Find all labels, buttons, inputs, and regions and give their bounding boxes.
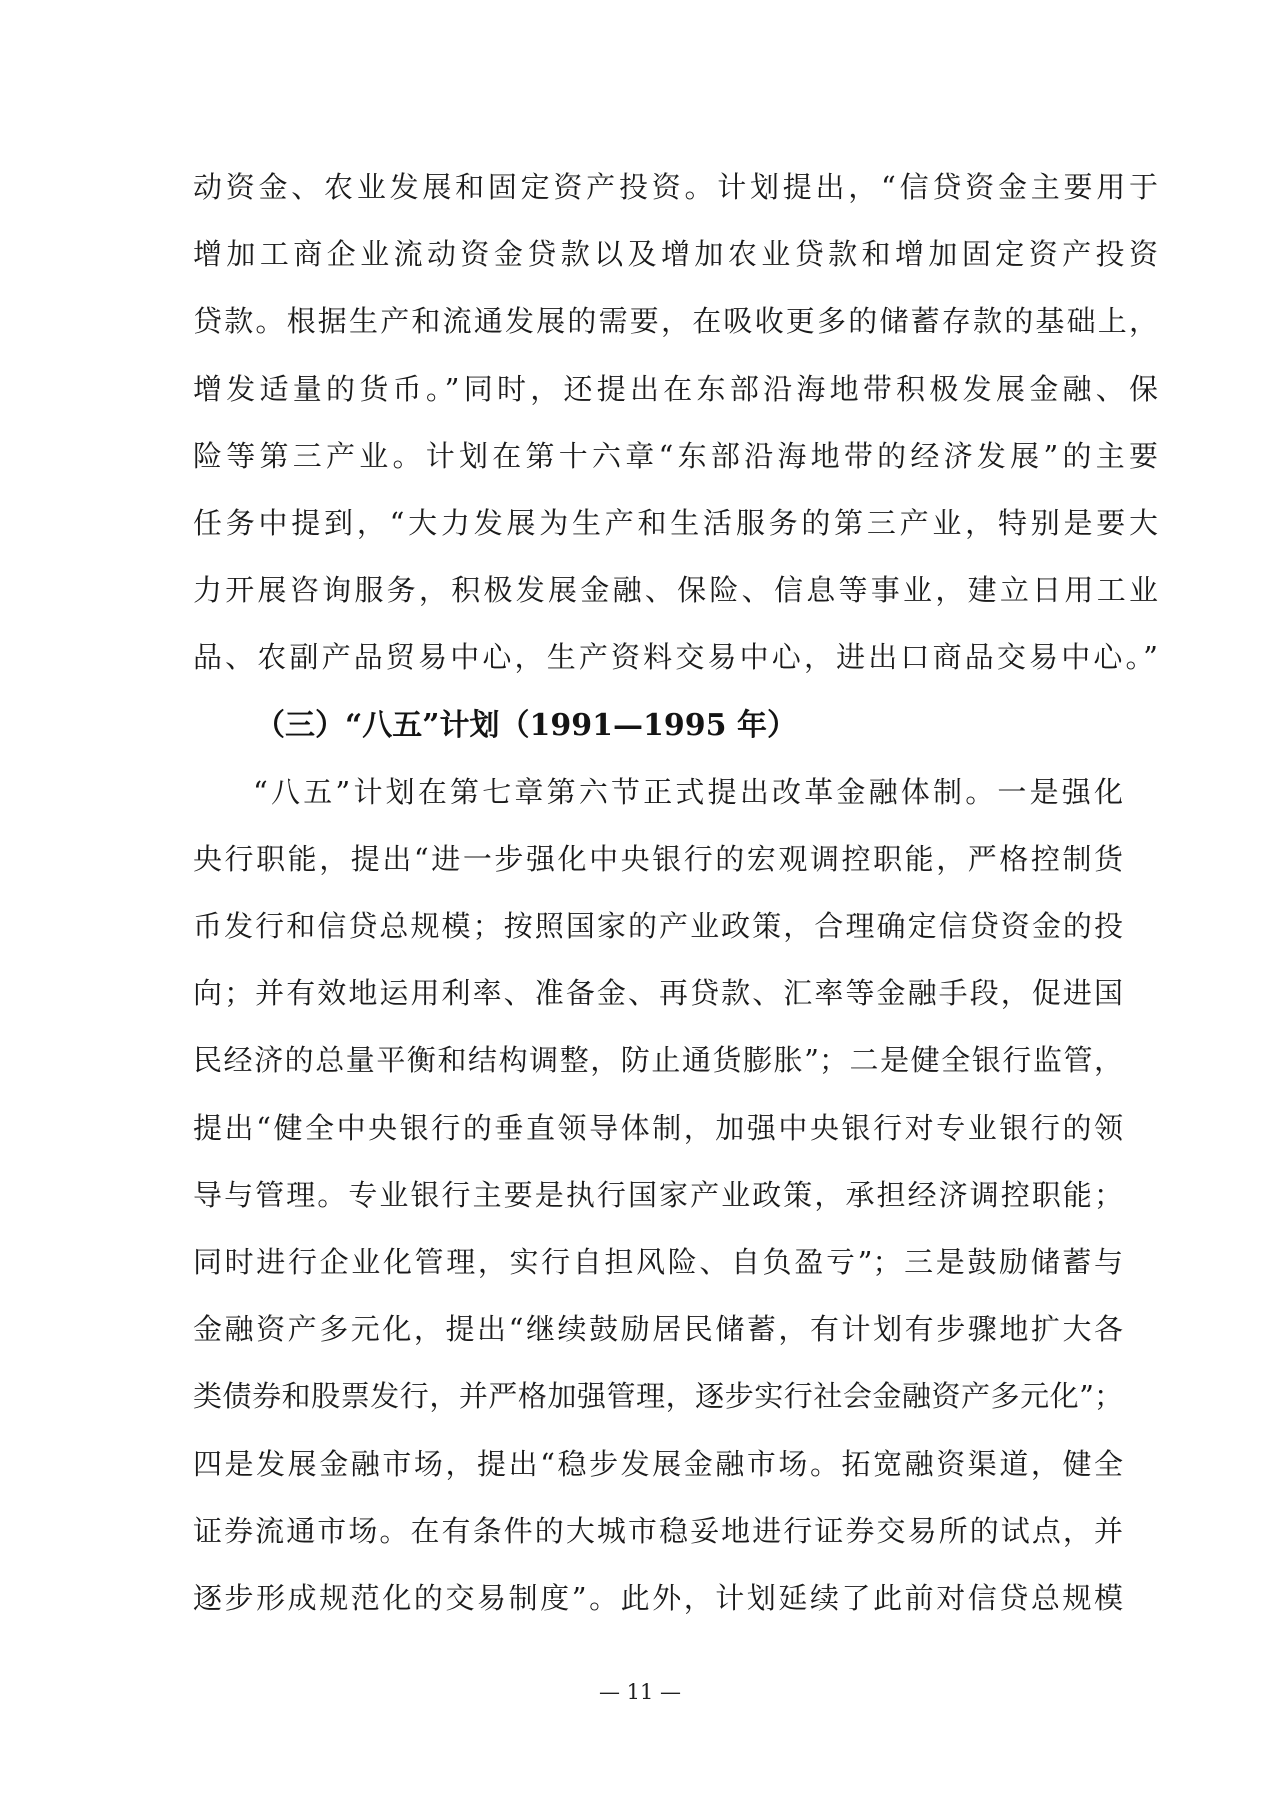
text-line: 品、农副产品贸易中心，生产资料交易中心，进出口商品交易中心。” [193,624,1158,691]
text-line: 险等第三产业。计划在第十六章“东部沿海地带的经济发展”的主要 [193,423,1158,490]
text-line: 增加工商企业流动资金贷款以及增加农业贷款和增加固定资产投资 [193,221,1158,288]
page-number: — 11 — [0,1678,1280,1706]
document-page: 动资金、农业发展和固定资产投资。计划提出，“信贷资金主要用于 增加工商企业流动资… [0,0,1280,1810]
text-line: 四是发展金融市场，提出“稳步发展金融市场。拓宽融资渠道，健全 [193,1431,1123,1498]
text-line: 央行职能，提出“进一步强化中央银行的宏观调控职能，严格控制货 [193,826,1123,893]
text-line: 民经济的总量平衡和结构调整，防止通货膨胀”；二是健全银行监管， [193,1027,1123,1094]
text-line: 增发适量的货币。”同时，还提出在东部沿海地带积极发展金融、保 [193,356,1158,423]
text-line: 逐步形成规范化的交易制度”。此外，计划延续了此前对信贷总规模 [193,1565,1123,1632]
text-block: 动资金、农业发展和固定资产投资。计划提出，“信贷资金主要用于 增加工商企业流动资… [193,154,1158,1632]
text-line: 力开展咨询服务，积极发展金融、保险、信息等事业，建立日用工业 [193,557,1158,624]
text-line: 证券流通市场。在有条件的大城市稳妥地进行证券交易所的试点，并 [193,1498,1123,1565]
section-heading: （三）“八五”计划（1991—1995 年） [193,692,1158,759]
text-line: 任务中提到，“大力发展为生产和生活服务的第三产业，特别是要大 [193,490,1158,557]
text-line: 提出“健全中央银行的垂直领导体制，加强中央银行对专业银行的领 [193,1095,1123,1162]
text-line: 向；并有效地运用利率、准备金、再贷款、汇率等金融手段，促进国 [193,960,1123,1027]
text-line: “八五”计划在第七章第六节正式提出改革金融体制。一是强化 [193,759,1123,826]
text-line: 同时进行企业化管理，实行自担风险、自负盈亏”；三是鼓励储蓄与 [193,1229,1123,1296]
text-line: 金融资产多元化，提出“继续鼓励居民储蓄，有计划有步骤地扩大各 [193,1296,1123,1363]
text-line: 导与管理。专业银行主要是执行国家产业政策，承担经济调控职能； [193,1162,1123,1229]
text-line: 动资金、农业发展和固定资产投资。计划提出，“信贷资金主要用于 [193,154,1158,221]
text-line: 贷款。根据生产和流通发展的需要，在吸收更多的储蓄存款的基础上， [193,288,1158,355]
text-line: 类债券和股票发行，并严格加强管理，逐步实行社会金融资产多元化”； [193,1363,1123,1430]
text-line: 币发行和信贷总规模；按照国家的产业政策，合理确定信贷资金的投 [193,893,1123,960]
